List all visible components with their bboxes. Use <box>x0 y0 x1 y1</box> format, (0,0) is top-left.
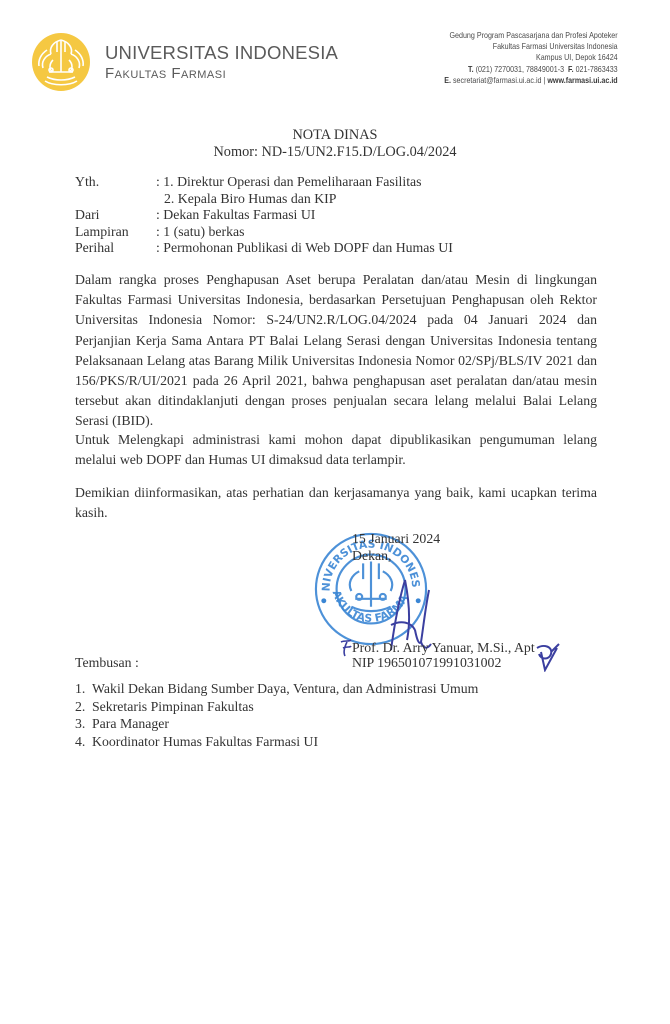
recipient-row: Yth. : 1. Direktur Operasi dan Pemelihar… <box>75 174 453 191</box>
signatory-name: Prof. Dr. Arry Yanuar, M.Si., Apt <box>352 640 535 656</box>
cc-item: 3. Para Manager <box>75 715 478 733</box>
makara-ui-logo-icon <box>31 32 91 92</box>
body-paragraph-2: Untuk Melengkapi administrasi kami mohon… <box>75 430 597 470</box>
contact-email-web: E. secretariat@farmasi.ui.ac.id | www.fa… <box>445 75 618 86</box>
document-number: Nomor: ND-15/UN2.F15.D/LOG.04/2024 <box>0 144 670 161</box>
email-label: E. <box>445 75 452 85</box>
memo-header: Yth. : 1. Direktur Operasi dan Pemelihar… <box>75 174 453 257</box>
faculty-name: Fakultas Farmasi <box>105 65 338 83</box>
subject-value: : Permohonan Publikasi di Web DOPF dan H… <box>156 240 453 257</box>
cc-item-number: 4. <box>75 733 92 751</box>
cc-item-text: Koordinator Humas Fakultas Farmasi UI <box>92 733 318 751</box>
recipient-1: : 1. Direktur Operasi dan Pemeliharaan F… <box>156 174 422 191</box>
address-block: Gedung Program Pascasarjana dan Profesi … <box>445 30 618 86</box>
cc-item-text: Para Manager <box>92 715 169 733</box>
separator: | <box>544 75 546 85</box>
cc-item-number: 1. <box>75 680 92 698</box>
cc-label: Tembusan : <box>75 655 139 671</box>
subject-row: Perihal : Permohonan Publikasi di Web DO… <box>75 240 453 257</box>
attachment-row: Lampiran : 1 (satu) berkas <box>75 224 453 241</box>
phone-label: T. <box>468 64 474 74</box>
fax-number: 021-7863433 <box>576 64 618 74</box>
attachment-label: Lampiran <box>75 224 156 241</box>
address-line: Kampus UI, Depok 16424 <box>445 52 618 63</box>
signature-date: 15 Januari 2024 <box>352 531 440 547</box>
recipient-row-2: 2. Kepala Biro Humas dan KIP <box>75 191 453 208</box>
phone-number: (021) 7270031, 78849001-3 <box>476 64 564 74</box>
cc-item: 2. Sekretaris Pimpinan Fakultas <box>75 698 478 716</box>
signature-role: Dekan, <box>352 548 391 564</box>
email-link[interactable]: secretariat@farmasi.ui.ac.id <box>453 75 542 85</box>
attachment-value: : 1 (satu) berkas <box>156 224 245 241</box>
sender-row: Dari : Dekan Fakultas Farmasi UI <box>75 207 453 224</box>
body-paragraph-1: Dalam rangka proses Penghapusan Aset ber… <box>75 270 597 432</box>
cc-item: 1. Wakil Dekan Bidang Sumber Daya, Ventu… <box>75 680 478 698</box>
cc-item: 4. Koordinator Humas Fakultas Farmasi UI <box>75 733 478 751</box>
website-link[interactable]: www.farmasi.ui.ac.id <box>548 75 618 85</box>
cc-item-text: Wakil Dekan Bidang Sumber Daya, Ventura,… <box>92 680 478 698</box>
document-title: NOTA DINAS <box>0 127 670 144</box>
cc-item-number: 3. <box>75 715 92 733</box>
subject-label: Perihal <box>75 240 156 257</box>
cc-item-number: 2. <box>75 698 92 716</box>
body-paragraph-3: Demikian diinformasikan, atas perhatian … <box>75 483 597 523</box>
brand-block: UNIVERSITAS INDONESIA Fakultas Farmasi <box>105 43 338 83</box>
initial-mark-icon <box>533 642 563 672</box>
address-line: Fakultas Farmasi Universitas Indonesia <box>445 41 618 52</box>
recipient-label: Yth. <box>75 174 156 191</box>
sender-label: Dari <box>75 207 156 224</box>
address-line: Gedung Program Pascasarjana dan Profesi … <box>445 30 618 41</box>
fax-label: F. <box>568 64 574 74</box>
recipient-2: 2. Kepala Biro Humas dan KIP <box>156 191 336 208</box>
institution-name: UNIVERSITAS INDONESIA <box>105 43 338 63</box>
cc-item-text: Sekretaris Pimpinan Fakultas <box>92 698 254 716</box>
signatory-nip: NIP 196501071991031002 <box>352 655 501 671</box>
cc-list: 1. Wakil Dekan Bidang Sumber Daya, Ventu… <box>75 680 478 750</box>
sender-value: : Dekan Fakultas Farmasi UI <box>156 207 315 224</box>
contact-phone-fax: T. (021) 7270031, 78849001-3 F. 021-7863… <box>445 64 618 75</box>
initial-mark-icon <box>339 638 353 658</box>
